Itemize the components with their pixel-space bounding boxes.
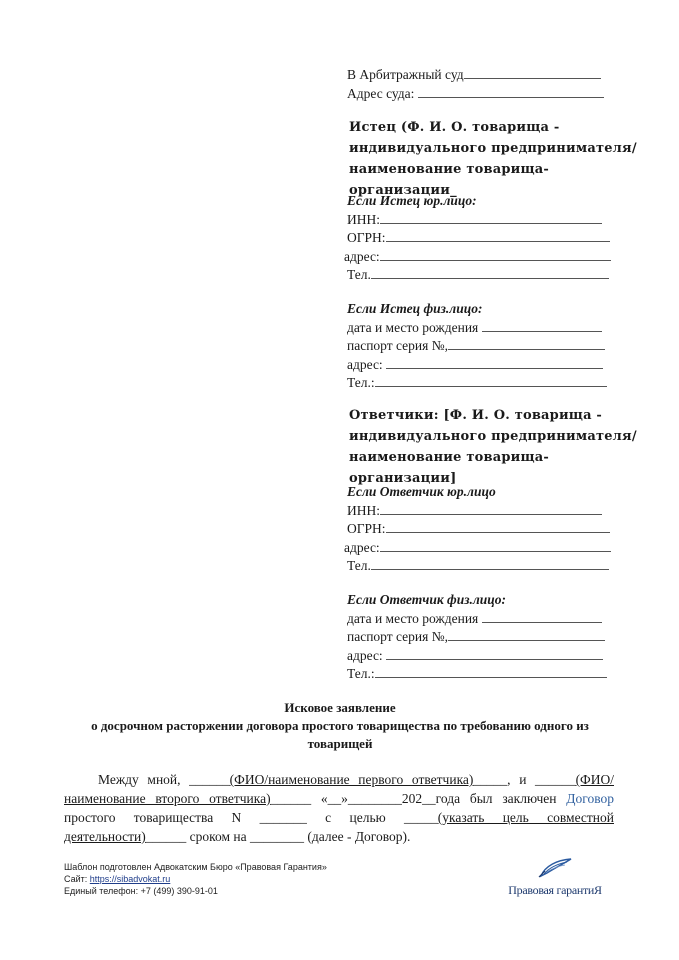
field-label: ОГРН: [347,521,386,536]
field-label: адрес: [347,357,383,372]
plaintiff-legal-caption: Если Истец юр.лицо: [347,192,627,211]
company-logo: Правовая гарантиЯ [500,856,610,898]
title-line: Исковое заявление [60,699,620,717]
contract-link[interactable]: Договор [566,791,614,806]
field-label: дата и место рождения [347,320,478,335]
court-label: В Арбитражный суд [347,67,464,82]
title-line: о досрочном расторжении договора простог… [60,717,620,735]
field-label: дата и место рождения [347,611,478,626]
passport-field[interactable] [448,628,605,641]
field-label: адрес: [344,249,380,264]
title-line: товарищей [60,735,620,753]
first-defendant-placeholder: (ФИО/наименование первого ответчика) [230,772,474,787]
field-label: Тел.: [347,666,375,681]
field-label: Тел. [347,558,371,573]
plaintiff-individual-section: Если Истец физ.лицо: дата и место рожден… [347,300,627,393]
court-field[interactable] [464,66,601,79]
field-label: адрес: [347,648,383,663]
footer-site-link[interactable]: https://sibadvokat.ru [90,874,171,884]
address-field[interactable] [380,539,611,552]
ogrn-field[interactable] [386,520,610,533]
field-label: Тел. [347,267,371,282]
field-label: паспорт серия №, [347,629,448,644]
defendant-legal-section: Если Ответчик юр.лицо ИНН: ОГРН: адрес: … [347,483,627,576]
body-text: _____, и ______ [473,772,575,787]
court-address-label: Адрес суда: [347,86,414,101]
defendant-individual-section: Если Ответчик физ.лицо: дата и место рож… [347,591,627,684]
birth-field[interactable] [482,319,602,332]
phone-field[interactable] [375,665,607,678]
defendants-heading-line: Ответчики: [Ф. И. О. товарища - [349,405,639,426]
inn-field[interactable] [380,211,602,224]
field-label: ИНН: [347,212,380,227]
inn-field[interactable] [380,502,602,515]
body-text: Между мной, ______ [98,772,230,787]
body-paragraph: Между мной, ______(ФИО/наименование перв… [64,770,614,846]
body-text: ______ «__»________202__года был заключе… [271,791,567,806]
plaintiff-legal-section: Если Истец юр.лицо: ИНН: ОГРН: адрес: Те… [347,192,627,285]
logo-text: Правовая гарантиЯ [500,883,610,898]
body-text: простого товарищества N _______ с целью … [64,810,438,825]
body-text: ______ сроком на ________ (далее - Догов… [146,829,411,844]
feather-wave-icon [535,856,575,878]
address-field[interactable] [386,647,603,660]
field-label: Тел.: [347,375,375,390]
defendant-individual-caption: Если Ответчик физ.лицо: [347,591,627,610]
defendants-heading: Ответчики: [Ф. И. О. товарища - индивиду… [349,405,639,489]
address-field[interactable] [380,248,611,261]
footer-template-note: Шаблон подготовлен Адвокатским Бюро «Пра… [64,861,327,873]
ogrn-field[interactable] [386,229,610,242]
phone-field[interactable] [371,557,609,570]
plaintiff-heading-line: Истец (Ф. И. О. товарища - [349,117,639,138]
plaintiff-heading-line: индивидуального предпринимателя/ [349,138,639,159]
address-field[interactable] [386,356,603,369]
court-address-field[interactable] [418,85,604,98]
footer-phone: Единый телефон: +7 (499) 390-91-01 [64,885,327,897]
document-title: Исковое заявление о досрочном расторжени… [60,699,620,753]
footer-site-label: Сайт: [64,874,90,884]
field-label: ОГРН: [347,230,386,245]
birth-field[interactable] [482,610,602,623]
footer: Шаблон подготовлен Адвокатским Бюро «Пра… [64,861,327,897]
field-label: ИНН: [347,503,380,518]
field-label: паспорт серия №, [347,338,448,353]
court-header: В Арбитражный суд Адрес суда: [347,66,627,103]
passport-field[interactable] [448,337,605,350]
defendants-heading-line: индивидуального предпринимателя/ [349,426,639,447]
field-label: адрес: [344,540,380,555]
defendant-legal-caption: Если Ответчик юр.лицо [347,483,627,502]
plaintiff-individual-caption: Если Истец физ.лицо: [347,300,627,319]
phone-field[interactable] [371,266,609,279]
plaintiff-heading: Истец (Ф. И. О. товарища - индивидуально… [349,117,639,201]
phone-field[interactable] [375,374,607,387]
